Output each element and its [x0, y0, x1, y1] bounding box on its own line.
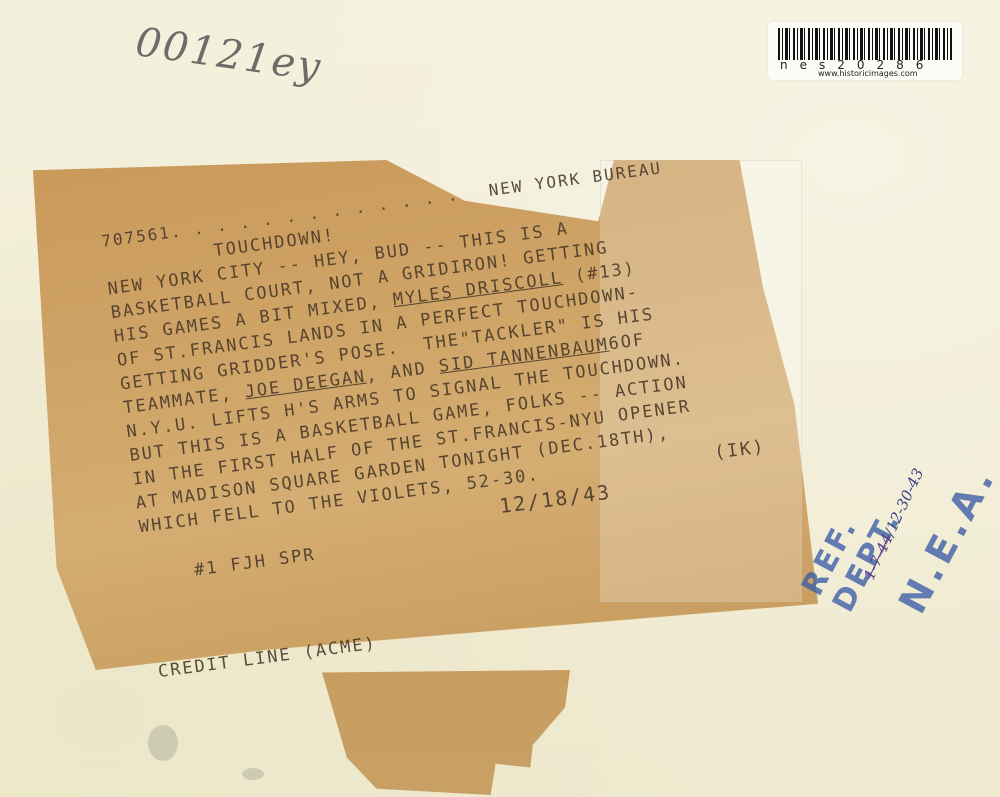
barcode-icon [778, 28, 952, 60]
caption-code: #1 FJH SPR [193, 545, 317, 581]
stain-mark [148, 725, 178, 761]
barcode-label: nes20286 www.historicimages.com [768, 22, 962, 80]
caption-fragment: 6OF [607, 330, 646, 355]
stain-mark [242, 768, 264, 780]
barcode-website: www.historicimages.com [818, 69, 918, 78]
caption-initials: (IK) [713, 435, 767, 465]
caption-text: 707561. . . . . . . . . . . . .NEW YORK … [100, 141, 834, 684]
